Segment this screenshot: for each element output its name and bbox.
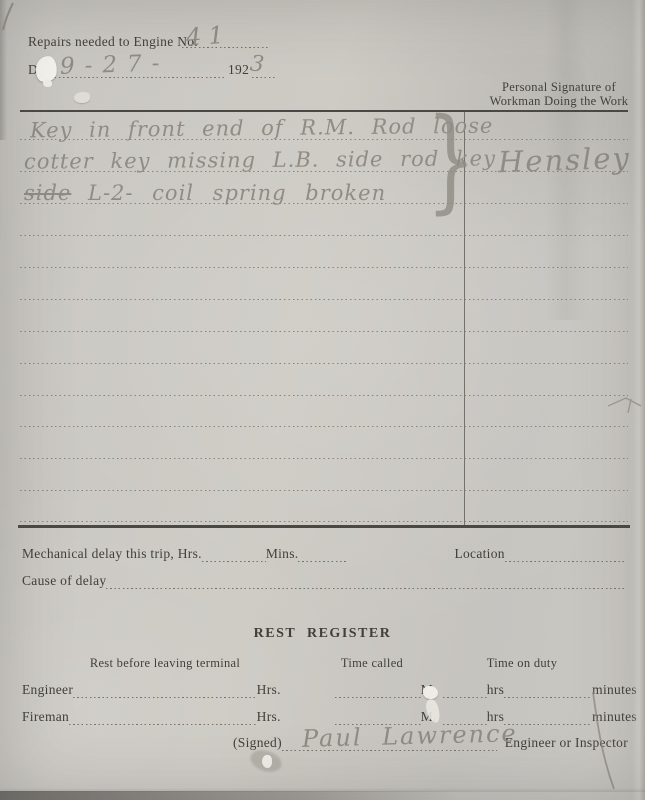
note-line-3-struck-word: side (24, 181, 71, 205)
mins-label: Mins. (266, 546, 299, 562)
date-blank-end (252, 75, 276, 78)
paper-left-edge (0, 0, 7, 140)
cause-of-delay-label: Cause of delay (22, 573, 106, 589)
engineer-row: Engineer Hrs. M. hrs minutes (22, 682, 637, 698)
paper-right-edge (632, 0, 645, 800)
mechanical-delay-label: Mechanical delay this trip, Hrs. (22, 546, 202, 562)
header-rule (20, 110, 628, 112)
date-handwritten: 9-27- (60, 50, 170, 80)
crease-chip (262, 755, 272, 768)
cause-of-delay-blank (106, 586, 625, 589)
engineer-hrs-label: Hrs. (257, 682, 281, 698)
vertical-fold-shading (545, 0, 587, 320)
cause-of-delay-row: Cause of delay (22, 573, 625, 589)
rest-register-title: REST REGISTER (0, 626, 645, 642)
paper-hole-tail (43, 79, 52, 87)
location-blank (505, 559, 625, 562)
mechanical-delay-row: Mechanical delay this trip, Hrs. Mins. L… (22, 546, 625, 562)
handwritten-brace: } (426, 104, 476, 216)
engineer-duty-hrs-blank (443, 695, 487, 698)
engineer-minutes-label: minutes (592, 682, 637, 698)
col-rest-before-leaving: Rest before leaving terminal (60, 656, 270, 671)
paper-flake-top (423, 686, 438, 699)
repairs-label: Repairs needed to Engine No. (28, 34, 198, 50)
note-line-3: L-2- coil spring broken (88, 181, 386, 205)
engineer-hrs2-label: hrs (487, 682, 504, 698)
engineer-time-called-blank (335, 695, 421, 698)
paper-scuff (74, 92, 90, 103)
bottom-fold-line (0, 788, 645, 792)
scanned-repair-form: Repairs needed to Engine No. 41 D 9-27- … (0, 0, 645, 800)
col-time-on-duty: Time on duty (461, 656, 583, 671)
delay-mins-blank (298, 559, 348, 562)
year-handwritten: 3 (249, 51, 266, 77)
delay-hrs-blank (202, 559, 266, 562)
location-label: Location (454, 546, 504, 562)
signed-label: (Signed) (233, 735, 282, 751)
fireman-rest-blank (69, 722, 257, 725)
year-printed: 192 (228, 62, 249, 78)
fireman-row: Fireman Hrs. M. hrs minutes (22, 709, 637, 725)
engineer-label: Engineer (22, 682, 73, 698)
section-rule (18, 525, 630, 528)
bottom-fold-shadow (0, 791, 460, 800)
fireman-label: Fireman (22, 709, 69, 725)
note-line-1: Key in front end of R.M. Rod loose (30, 114, 494, 143)
col-time-called: Time called (312, 656, 432, 671)
inspector-signature: Paul Lawrence (302, 719, 518, 753)
engineer-rest-blank (73, 695, 257, 698)
fireman-minutes-label: minutes (592, 709, 637, 725)
signed-role-label: Engineer or Inspector (505, 735, 628, 751)
engineer-duty-min-blank (504, 695, 592, 698)
fireman-hrs-label: Hrs. (257, 709, 281, 725)
engine-no-handwritten: 41 (185, 20, 231, 51)
